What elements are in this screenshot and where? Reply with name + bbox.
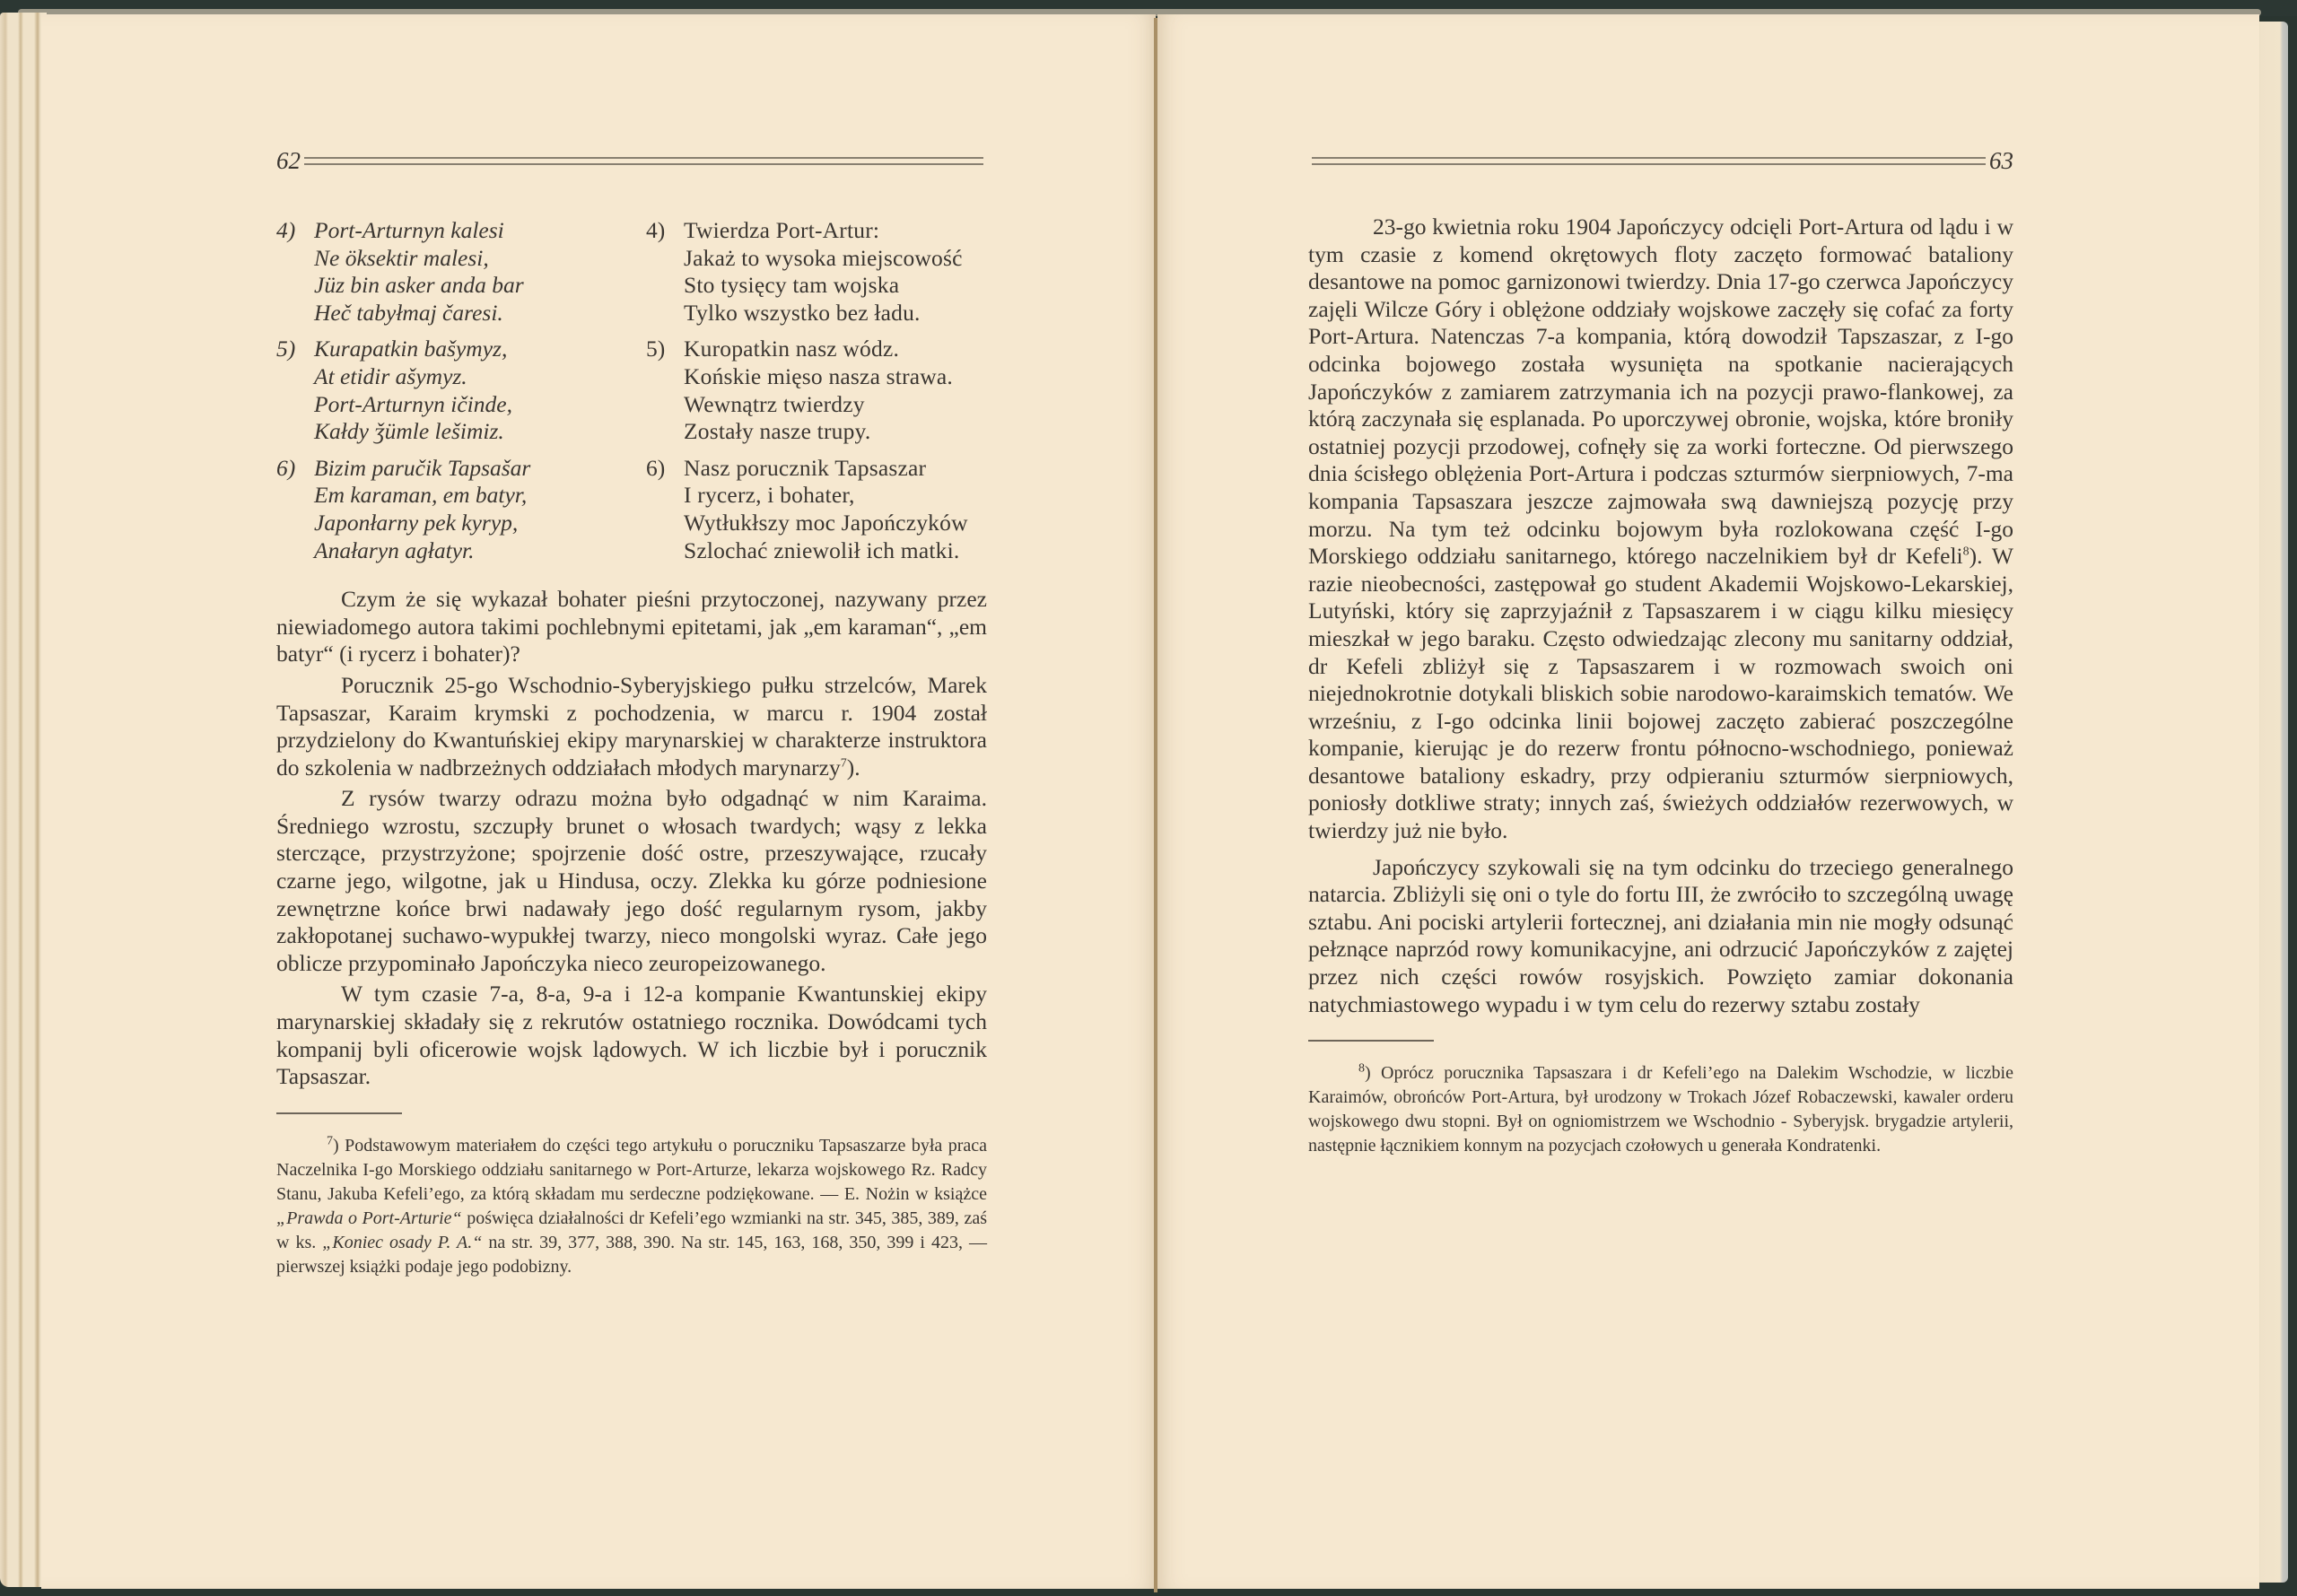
stanza-number: 4) (646, 217, 684, 327)
stanza: 5) Kurapatkin bašymyz, At etidir ašymyz.… (276, 336, 617, 445)
verse-polish-column: 4) Twierdza Port-Artur: Jakaż to wysoka … (646, 217, 987, 573)
page-header: 63 (1308, 147, 2013, 174)
stanza-number: 5) (646, 336, 684, 445)
body-paragraph: W tym czasie 7-a, 8-a, 9-a i 12-a kompan… (276, 981, 987, 1090)
footnote-rule (1308, 1040, 1434, 1042)
stanza: 6) Bizim paručik Tapsašar Em karaman, em… (276, 455, 617, 564)
paragraph-text: 23-go kwietnia roku 1904 Japończycy odci… (1308, 214, 2013, 569)
body-paragraph: Porucznik 25-go Wschodnio-Syberyjskiego … (276, 672, 987, 781)
right-page-stack (2257, 22, 2288, 1583)
verse-line: Anałaryn agłatyr. (314, 537, 530, 565)
verse-line: Japonłarny pek kyryp, (314, 510, 530, 537)
page-header: 62 (276, 147, 987, 174)
footnote-rule (276, 1112, 402, 1114)
footnote-ref[interactable]: 7 (841, 756, 847, 770)
left-page-stack (0, 13, 47, 1587)
footnote: 8) Oprócz porucznika Tapsaszara i dr Kef… (1308, 1061, 2013, 1158)
verse-line: Tylko wszystko bez ładu. (684, 300, 963, 327)
footnote: 7) Podstawowym materiałem do części tego… (276, 1134, 987, 1279)
verse-line: Port-Arturnyn kalesi (314, 217, 524, 245)
verse-line: I rycerz, i bohater, (684, 482, 968, 510)
stanza-number: 6) (646, 455, 684, 564)
body-paragraph: Z rysów twarzy odrazu można było odgadną… (276, 785, 987, 977)
book-title: „Prawda o Port-Arturie“ (276, 1208, 462, 1228)
verse-line: Kurapatkin bašymyz, (314, 336, 512, 363)
verse-line: Kałdy ǯümle lešimiz. (314, 418, 512, 446)
song-verse: 4) Port-Arturnyn kalesi Ne öksektir male… (276, 217, 987, 573)
book-title: „Koniec osady P. A.“ (322, 1233, 482, 1252)
footnote-marker: 8 (1358, 1062, 1365, 1076)
verse-line: Ne öksektir malesi, (314, 245, 524, 273)
stanza: 4) Twierdza Port-Artur: Jakaż to wysoka … (646, 217, 987, 327)
verse-line: Sto tysięcy tam wojska (684, 272, 963, 300)
paragraph-text: ). W razie nieobecności, zastępował go s… (1308, 543, 2013, 843)
header-rule (1312, 157, 1986, 165)
stanza-number: 6) (276, 455, 314, 564)
verse-line: Jakaż to wysoka miejscowość (684, 245, 963, 273)
footnote-marker: 7 (327, 1134, 333, 1147)
verse-line: Wytłukłszy moc Japończyków (684, 510, 968, 537)
verse-line: At etidir ašymyz. (314, 363, 512, 391)
stanza: 5) Kuropatkin nasz wódz. Końskie mięso n… (646, 336, 987, 445)
body-paragraph: Japończycy szykowali się na tym odcinku … (1308, 854, 2013, 1019)
verse-line: Jüz bin asker anda bar (314, 272, 524, 300)
body-paragraph: Czym że się wykazał bohater pieśni przyt… (276, 586, 987, 668)
header-rule (304, 157, 983, 165)
stanza-number: 5) (276, 336, 314, 445)
verse-line: Port-Arturnyn ičinde, (314, 391, 512, 419)
verse-line: Kuropatkin nasz wódz. (684, 336, 953, 363)
footnote-text: ) Podstawowym materiałem do części tego … (276, 1136, 987, 1204)
paragraph-text: ). (847, 754, 860, 781)
paragraph-text: Porucznik 25-go Wschodnio-Syberyjskiego … (276, 672, 987, 781)
verse-line: Em karaman, em batyr, (314, 482, 530, 510)
stanza: 6) Nasz porucznik Tapsaszar I rycerz, i … (646, 455, 987, 564)
verse-line: Nasz porucznik Tapsaszar (684, 455, 968, 483)
page-number: 62 (276, 147, 301, 175)
verse-karaim-column: 4) Port-Arturnyn kalesi Ne öksektir male… (276, 217, 617, 573)
verse-line: Końskie mięso nasza strawa. (684, 363, 953, 391)
stanza: 4) Port-Arturnyn kalesi Ne öksektir male… (276, 217, 617, 327)
book-gutter (1154, 18, 1157, 1592)
page-number: 63 (1989, 147, 2013, 175)
book-scan: 62 4) Port-Arturnyn kalesi Ne öksektir m… (0, 0, 2297, 1596)
verse-line: Zostały nasze trupy. (684, 418, 953, 446)
verse-line: Heč tabyłmaj čaresi. (314, 300, 524, 327)
stanza-number: 4) (276, 217, 314, 327)
verse-line: Twierdza Port-Artur: (684, 217, 963, 245)
verse-line: Wewnątrz twierdzy (684, 391, 953, 419)
footnote-text: ) Oprócz porucznika Tapsaszara i dr Kefe… (1308, 1063, 2013, 1156)
right-page-content: 63 23-go kwietnia roku 1904 Japończycy o… (1308, 147, 2013, 1176)
verse-line: Szlochać zniewolił ich matki. (684, 537, 968, 565)
verse-line: Bizim paručik Tapsašar (314, 455, 530, 483)
footnote-ref[interactable]: 8 (1963, 545, 1969, 559)
body-paragraph: 23-go kwietnia roku 1904 Japończycy odci… (1308, 214, 2013, 845)
left-page-content: 62 4) Port-Arturnyn kalesi Ne öksektir m… (276, 147, 987, 1297)
